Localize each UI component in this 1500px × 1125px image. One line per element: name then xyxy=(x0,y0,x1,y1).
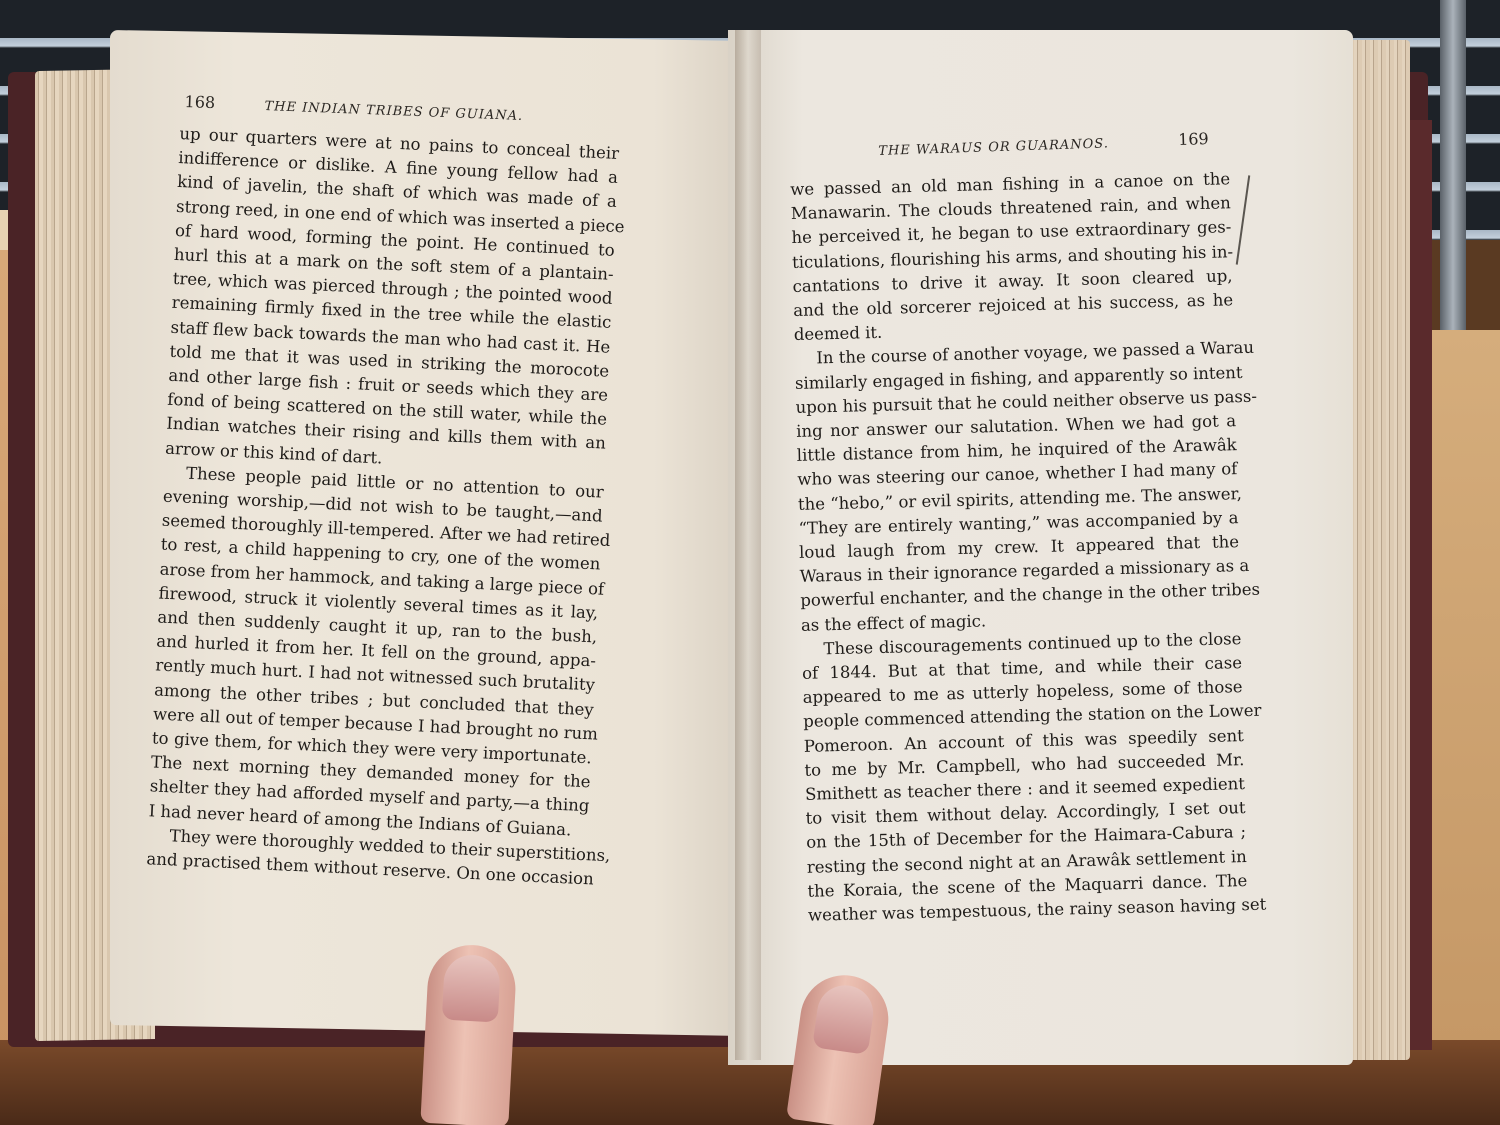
left-page-text: up our quarters were at no pains to conc… xyxy=(146,122,620,891)
thumbnail-left xyxy=(442,954,501,1023)
thumbnail-right xyxy=(812,982,877,1055)
right-page-number: 169 xyxy=(1178,129,1209,149)
left-page-number: 168 xyxy=(184,92,265,114)
left-thumb xyxy=(420,943,517,1125)
right-page-text: we passed an old man fishing in a canoe … xyxy=(790,167,1248,928)
book-gutter xyxy=(735,30,761,1060)
blind-pole xyxy=(1440,0,1466,340)
